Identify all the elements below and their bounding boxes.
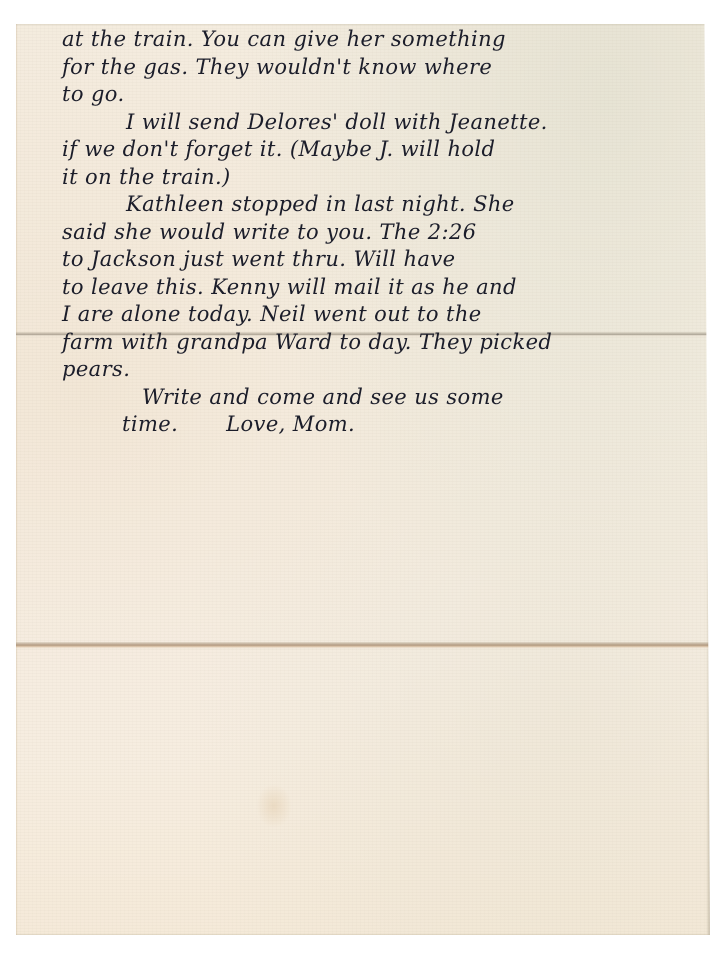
letter-line: to Jackson just went thru. Will have — [62, 246, 702, 274]
paper-stain — [256, 784, 292, 828]
letter-line: it on the train.) — [62, 164, 702, 192]
letter-line: to go. — [62, 81, 702, 109]
handwritten-text: at the train. You can give her something… — [62, 26, 702, 439]
letter-line: said she would write to you. The 2:26 — [62, 219, 702, 247]
letter-line: pears. — [62, 356, 702, 384]
letter-line: to leave this. Kenny will mail it as he … — [62, 274, 702, 302]
scanned-letter-page: at the train. You can give her something… — [0, 0, 720, 960]
paper-fold-lower — [16, 642, 710, 650]
letter-line: I are alone today. Neil went out to the — [62, 301, 702, 329]
letter-line: Write and come and see us some — [62, 384, 702, 412]
letter-line: Kathleen stopped in last night. She — [62, 191, 702, 219]
signature-line: time.Love, Mom. — [62, 411, 702, 439]
letter-line: for the gas. They wouldn't know where — [62, 54, 702, 82]
letter-line: if we don't forget it. (Maybe J. will ho… — [62, 136, 702, 164]
signature: Love, Mom. — [226, 412, 355, 436]
letter-line: farm with grandpa Ward to day. They pick… — [62, 329, 702, 357]
letter-line: I will send Delores' doll with Jeanette. — [62, 109, 702, 137]
letter-line: at the train. You can give her something — [62, 26, 702, 54]
letter-line: time. — [122, 412, 178, 436]
